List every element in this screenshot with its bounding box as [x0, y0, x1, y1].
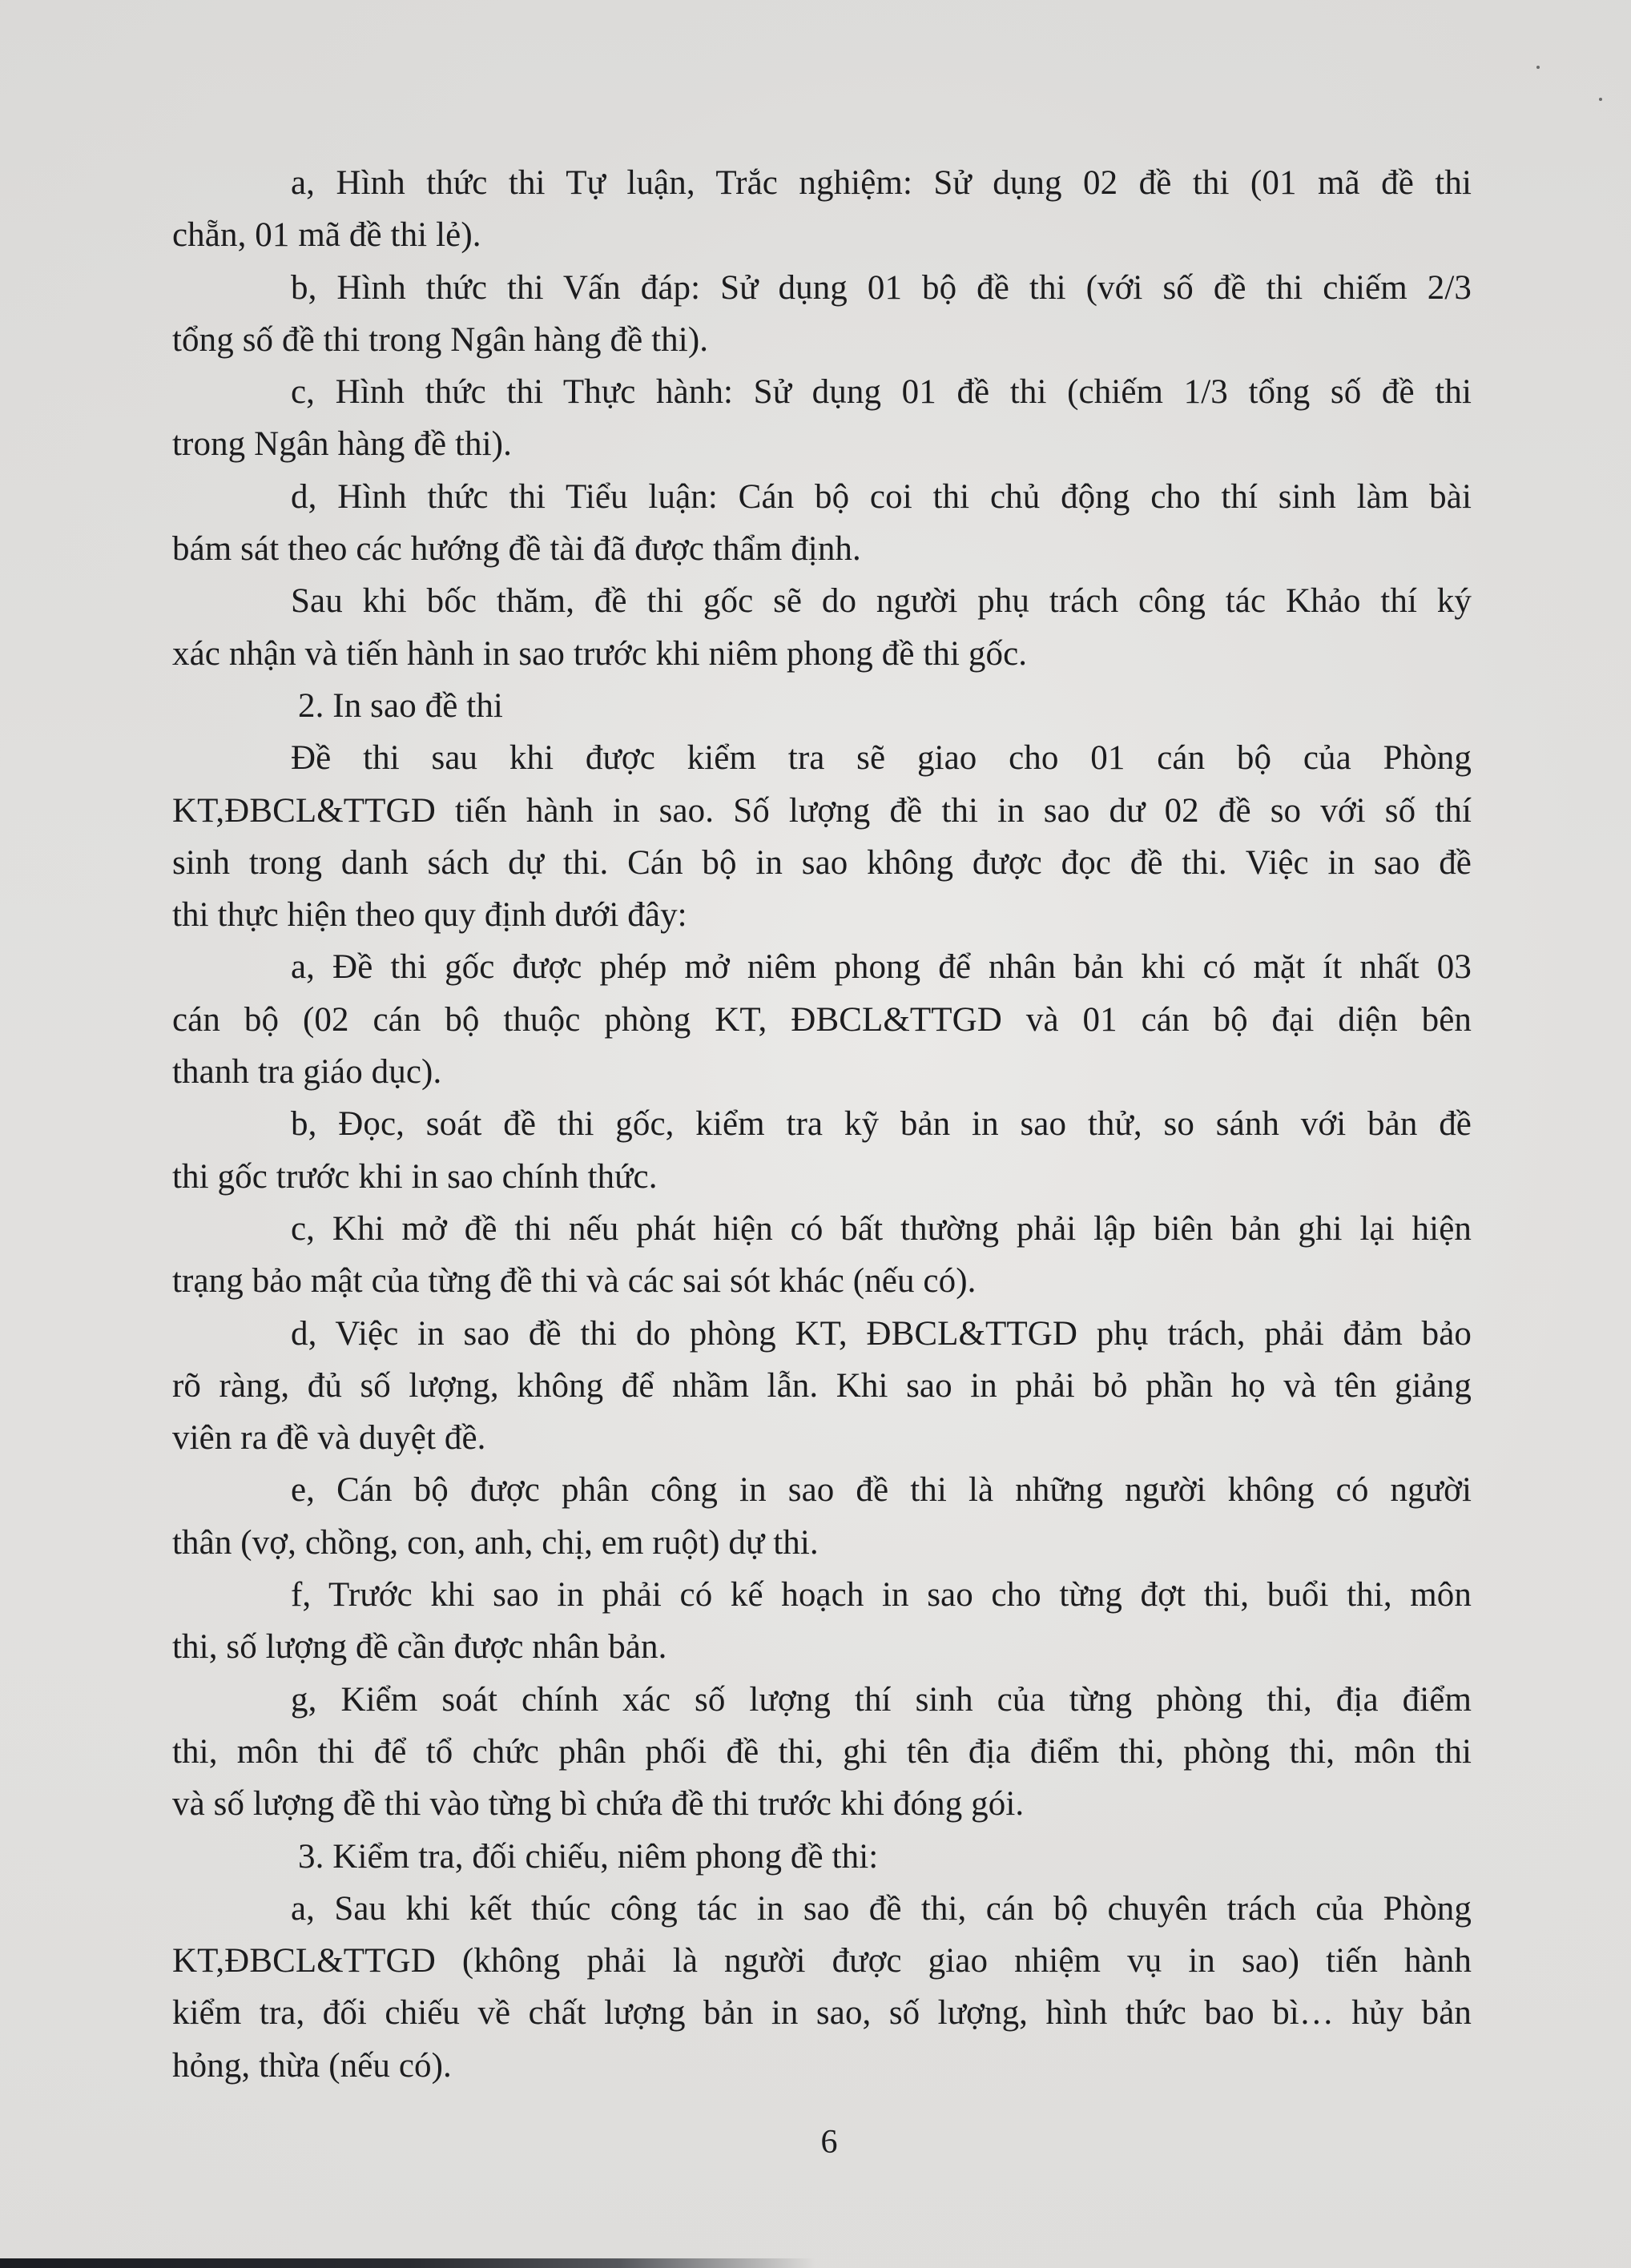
text-line: KT,ĐBCL&TTGD tiến hành in sao. Số lượng … [172, 785, 1472, 837]
paragraph-copy-a: a, Đề thi gốc được phép mở niêm phong để… [172, 941, 1472, 1098]
section-heading-3: 3. Kiểm tra, đối chiếu, niêm phong đề th… [172, 1831, 1472, 1883]
text-line: xác nhận và tiến hành in sao trước khi n… [172, 628, 1472, 680]
paragraph-exam-format-d: d, Hình thức thi Tiểu luận: Cán bộ coi t… [172, 471, 1472, 576]
text-line: a, Sau khi kết thúc công tác in sao đề t… [172, 1883, 1472, 1935]
text-line: thanh tra giáo dục). [172, 1046, 1472, 1098]
section-heading: 2. In sao đề thi [172, 680, 1472, 732]
text-line: c, Khi mở đề thi nếu phát hiện có bất th… [172, 1203, 1472, 1255]
paragraph-after-draw: Sau khi bốc thăm, đề thi gốc sẽ do người… [172, 575, 1472, 680]
text-line: tổng số đề thi trong Ngân hàng đề thi). [172, 314, 1472, 366]
section-heading-2: 2. In sao đề thi [172, 680, 1472, 732]
text-line: thi gốc trước khi in sao chính thức. [172, 1151, 1472, 1203]
text-line: viên ra đề và duyệt đề. [172, 1412, 1472, 1464]
text-line: chẵn, 01 mã đề thi lẻ). [172, 209, 1472, 261]
text-line: b, Đọc, soát đề thi gốc, kiểm tra kỹ bản… [172, 1098, 1472, 1150]
text-line: cán bộ (02 cán bộ thuộc phòng KT, ĐBCL&T… [172, 994, 1472, 1046]
paragraph-exam-format-a: a, Hình thức thi Tự luận, Trắc nghiệm: S… [172, 157, 1472, 262]
text-line: trong Ngân hàng đề thi). [172, 418, 1472, 470]
paragraph-check-a: a, Sau khi kết thúc công tác in sao đề t… [172, 1883, 1472, 2092]
text-line: sinh trong danh sách dự thi. Cán bộ in s… [172, 837, 1472, 889]
text-line: thi, môn thi để tổ chức phân phối đề thi… [172, 1726, 1472, 1778]
paragraph-copy-d: d, Việc in sao đề thi do phòng KT, ĐBCL&… [172, 1308, 1472, 1465]
text-line: e, Cán bộ được phân công in sao đề thi l… [172, 1464, 1472, 1516]
text-line: Đề thi sau khi được kiểm tra sẽ giao cho… [172, 732, 1472, 784]
text-line: b, Hình thức thi Vấn đáp: Sử dụng 01 bộ … [172, 262, 1472, 314]
paragraph-copy-b: b, Đọc, soát đề thi gốc, kiểm tra kỹ bản… [172, 1098, 1472, 1203]
paper-speck [1599, 98, 1602, 101]
text-line: thi, số lượng đề cần được nhân bản. [172, 1621, 1472, 1673]
text-line: rõ ràng, đủ số lượng, không để nhầm lẫn.… [172, 1360, 1472, 1412]
paragraph-copy-e: e, Cán bộ được phân công in sao đề thi l… [172, 1464, 1472, 1569]
text-line: d, Hình thức thi Tiểu luận: Cán bộ coi t… [172, 471, 1472, 523]
text-line: c, Hình thức thi Thực hành: Sử dụng 01 đ… [172, 366, 1472, 418]
text-line: a, Đề thi gốc được phép mở niêm phong để… [172, 941, 1472, 993]
text-line: g, Kiểm soát chính xác số lượng thí sinh… [172, 1674, 1472, 1726]
paragraph-exam-format-c: c, Hình thức thi Thực hành: Sử dụng 01 đ… [172, 366, 1472, 471]
document-body: a, Hình thức thi Tự luận, Trắc nghiệm: S… [172, 157, 1472, 2092]
scan-bottom-edge-shadow [0, 2258, 1631, 2268]
paragraph-copy-f: f, Trước khi sao in phải có kế hoạch in … [172, 1569, 1472, 1674]
paragraph-copy-c: c, Khi mở đề thi nếu phát hiện có bất th… [172, 1203, 1472, 1308]
text-line: Sau khi bốc thăm, đề thi gốc sẽ do người… [172, 575, 1472, 627]
text-line: thi thực hiện theo quy định dưới đây: [172, 889, 1472, 941]
text-line: d, Việc in sao đề thi do phòng KT, ĐBCL&… [172, 1308, 1472, 1360]
paper-speck [1536, 66, 1540, 69]
text-line: f, Trước khi sao in phải có kế hoạch in … [172, 1569, 1472, 1621]
text-line: a, Hình thức thi Tự luận, Trắc nghiệm: S… [172, 157, 1472, 209]
text-line: thân (vợ, chồng, con, anh, chị, em ruột)… [172, 1517, 1472, 1569]
text-line: KT,ĐBCL&TTGD (không phải là người được g… [172, 1935, 1472, 1987]
text-line: và số lượng đề thi vào từng bì chứa đề t… [172, 1778, 1472, 1830]
paragraph-exam-format-b: b, Hình thức thi Vấn đáp: Sử dụng 01 bộ … [172, 262, 1472, 367]
scanned-document-page: a, Hình thức thi Tự luận, Trắc nghiệm: S… [0, 0, 1631, 2268]
page-number: 6 [809, 2122, 849, 2162]
text-line: kiểm tra, đối chiếu về chất lượng bản in… [172, 1987, 1472, 2039]
section-heading: 3. Kiểm tra, đối chiếu, niêm phong đề th… [172, 1831, 1472, 1883]
text-line: hỏng, thừa (nếu có). [172, 2040, 1472, 2092]
paragraph-copy-intro: Đề thi sau khi được kiểm tra sẽ giao cho… [172, 732, 1472, 941]
text-line: trạng bảo mật của từng đề thi và các sai… [172, 1255, 1472, 1307]
paragraph-copy-g: g, Kiểm soát chính xác số lượng thí sinh… [172, 1674, 1472, 1831]
text-line: bám sát theo các hướng đề tài đã được th… [172, 523, 1472, 575]
